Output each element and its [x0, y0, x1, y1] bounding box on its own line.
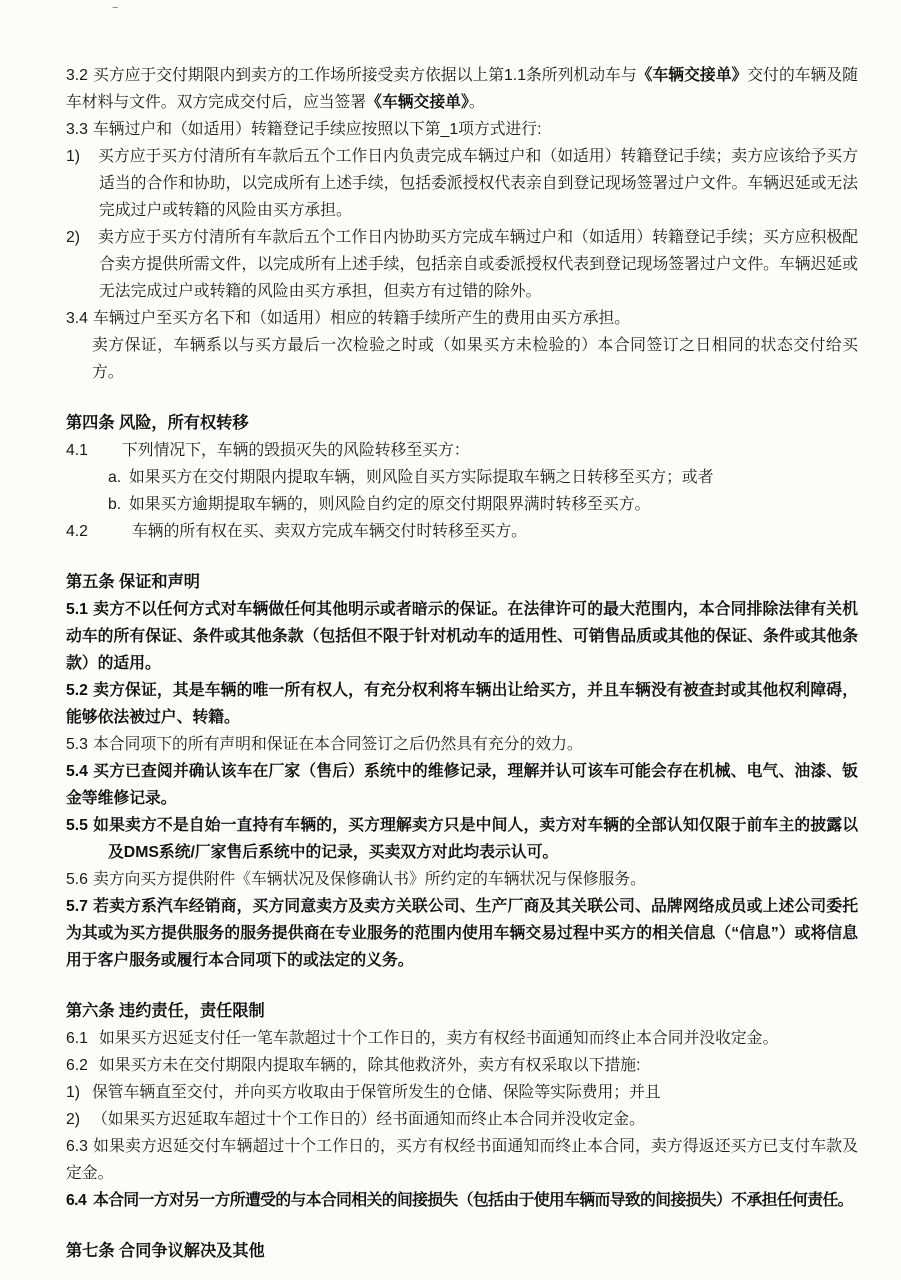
clause-text: 如果买方逾期提取车辆的，则风险自约定的原交付期限界满时转移至买方。 — [129, 496, 650, 513]
clause-text: 下列情况下，车辆的毁损灭失的风险转移至买方： — [122, 442, 470, 459]
clause-text: 《车辆交接单》 — [637, 67, 748, 84]
clause-number: 6.1 — [66, 1025, 99, 1052]
clause-number: 5.7 — [66, 893, 93, 920]
scan-artifact: ~ — [111, 2, 119, 15]
clause-number: 5.6 — [66, 866, 93, 893]
clause-4-2: 4.2车辆的所有权在买、卖双方完成车辆交付时转移至买方。 — [66, 518, 858, 545]
clause-text: 第四条 风险，所有权转移 — [66, 414, 249, 432]
clause-text: 第五条 保证和声明 — [66, 573, 200, 591]
clause-4-1-a: a.如果买方在交付期限内提取车辆，则风险自买方实际提取车辆之日转移至买方；或者 — [108, 464, 858, 491]
clause-text: 第七条 合同争议解决及其他 — [66, 1242, 265, 1260]
clause-text: 如果买方未在交付期限内提取车辆的，除其他救济外，卖方有权采取以下措施: — [99, 1057, 640, 1074]
clause-3-3: 3.3车辆过户和（如适用）转籍登记手续应按照以下第_1项方式进行: — [66, 116, 858, 143]
clause-text: 如果买方迟延支付任一笔车款超过十个工作日的，卖方有权经书面通知而终止本合同并没收… — [99, 1030, 778, 1047]
contract-page: ~ 3.2买方应于交付期限内到卖方的工作场所接受卖方依据以上第1.1条所列机动车… — [0, 0, 901, 1280]
clause-text: 《车辆交接单》 — [366, 94, 469, 111]
clause-6-3: 6.3如果卖方迟延交付车辆超过十个工作日的，买方有权经书面通知而终止本合同，卖方… — [66, 1133, 858, 1187]
clause-text: 买方应于买方付清所有车款后五个工作日内负责完成车辆过户和（如适用）转籍登记手续；… — [98, 148, 858, 219]
clause-5-4: 5.4买方已查阅并确认该车在厂家（售后）系统中的维修记录，理解并认可该车可能会存… — [66, 758, 858, 812]
clause-text: 如果卖方迟延交付车辆超过十个工作日的，买方有权经书面通知而终止本合同，卖方得返还… — [66, 1138, 858, 1182]
clause-text: 若卖方系汽车经销商，买方同意卖方及卖方关联公司、生产厂商及其关联公司、品牌网络成… — [66, 898, 858, 969]
clause-5-2: 5.2卖方保证，其是车辆的唯一所有权人，有充分权利将车辆出让给买方，并且车辆没有… — [66, 677, 858, 731]
clause-3-3-2: 2)卖方应于买方付清所有车款后五个工作日内协助买方完成车辆过户和（如适用）转籍登… — [66, 224, 858, 305]
clause-4-1: 4.1下列情况下，车辆的毁损灭失的风险转移至买方： — [66, 437, 858, 464]
section-heading-5: 第五条 保证和声明 — [66, 569, 858, 596]
clause-5-7: 5.7若卖方系汽车经销商，买方同意卖方及卖方关联公司、生产厂商及其关联公司、品牌… — [66, 893, 858, 974]
clause-text: 卖方保证，车辆系以与买方最后一次检验之时或（如果买方未检验的）本合同签订之日相同… — [92, 337, 858, 381]
clause-6-1: 6.1如果买方迟延支付任一笔车款超过十个工作日的，卖方有权经书面通知而终止本合同… — [66, 1025, 858, 1052]
clause-number: 6.3 — [66, 1133, 93, 1160]
clause-text: 车辆过户至买方名下和（如适用）相应的转籍手续所产生的费用由买方承担。 — [93, 310, 630, 327]
clause-3-3-1: 1)买方应于买方付清所有车款后五个工作日内负责完成车辆过户和（如适用）转籍登记手… — [66, 143, 858, 224]
clause-number: 6.2 — [66, 1052, 99, 1079]
section-heading-4: 第四条 风险，所有权转移 — [66, 410, 858, 437]
clause-text: 如果卖方不是自始一直持有车辆的，买方理解卖方只是中间人，卖方对车辆的全部认知仅限… — [93, 817, 858, 861]
clause-text: 本合同项下的所有声明和保证在本合同签订之后仍然具有充分的效力。 — [93, 736, 583, 753]
clause-number: a. — [108, 464, 129, 491]
clause-text: 卖方保证，其是车辆的唯一所有权人，有充分权利将车辆出让给买方，并且车辆没有被查封… — [66, 682, 858, 726]
clause-number: 5.3 — [66, 731, 93, 758]
clause-6-2-1: 1)保管车辆直至交付，并向买方收取由于保管所发生的仓储、保险等实际费用；并且 — [66, 1079, 858, 1106]
clause-number: 4.2 — [66, 518, 132, 545]
clause-5-5: 5.5如果卖方不是自始一直持有车辆的，买方理解卖方只是中间人，卖方对车辆的全部认… — [66, 812, 858, 866]
clause-5-3: 5.3本合同项下的所有声明和保证在本合同签订之后仍然具有充分的效力。 — [66, 731, 858, 758]
clause-5-1: 5.1卖方不以任何方式对车辆做任何其他明示或者暗示的保证。在法律许可的最大范围内… — [66, 596, 858, 677]
clause-6-2-2: 2)（如果买方迟延取车超过十个工作日的）经书面通知而终止本合同并没收定金。 — [66, 1106, 858, 1133]
clause-text: 买方应于交付期限内到卖方的工作场所接受卖方依据以上第1.1条所列机动车与 — [93, 67, 637, 84]
clause-3-4: 3.4车辆过户至买方名下和（如适用）相应的转籍手续所产生的费用由买方承担。 — [66, 305, 858, 332]
section-heading-6: 第六条 违约责任，责任限制 — [66, 998, 858, 1025]
clause-number: 5.1 — [66, 596, 93, 623]
clause-text: 卖方不以任何方式对车辆做任何其他明示或者暗示的保证。在法律许可的最大范围内，本合… — [66, 601, 858, 672]
clause-6-4: 6.4本合同一方对另一方所遭受的与本合同相关的间接损失（包括由于使用车辆而导致的… — [66, 1187, 858, 1214]
clause-number: b. — [108, 491, 129, 518]
clause-text: 车辆过户和（如适用）转籍登记手续应按照以下第_1项方式进行: — [93, 121, 541, 138]
clause-number: 4.1 — [66, 437, 122, 464]
clause-text: 本合同一方对另一方所遭受的与本合同相关的间接损失（包括由于使用车辆而导致的间接损… — [93, 1192, 853, 1209]
clause-text: 第六条 违约责任，责任限制 — [66, 1002, 265, 1020]
clause-3-4-note: 卖方保证，车辆系以与买方最后一次检验之时或（如果买方未检验的）本合同签订之日相同… — [66, 332, 858, 386]
clause-number: 1) — [66, 1079, 92, 1106]
clause-number: 2) — [66, 1106, 92, 1133]
clause-number: 5.2 — [66, 677, 93, 704]
clause-number: 6.4 — [66, 1187, 93, 1214]
clause-number: 3.4 — [66, 305, 93, 332]
clause-5-6: 5.6卖方向买方提供附件《车辆状况及保修确认书》所约定的车辆状况与保修服务。 — [66, 866, 858, 893]
clause-6-2: 6.2如果买方未在交付期限内提取车辆的，除其他救济外，卖方有权采取以下措施: — [66, 1052, 858, 1079]
clause-number: 2) — [66, 224, 98, 251]
clause-text: 买方已查阅并确认该车在厂家（售后）系统中的维修记录，理解并认可该车可能会存在机械… — [66, 763, 858, 807]
clause-text: 。 — [469, 94, 485, 111]
clause-text: 如果买方在交付期限内提取车辆，则风险自买方实际提取车辆之日转移至买方；或者 — [129, 469, 714, 486]
clause-text: 卖方应于买方付清所有车款后五个工作日内协助买方完成车辆过户和（如适用）转籍登记手… — [98, 229, 858, 300]
clause-text: 保管车辆直至交付，并向买方收取由于保管所发生的仓储、保险等实际费用；并且 — [92, 1084, 661, 1101]
clause-number: 1) — [66, 143, 98, 170]
clause-number: 3.2 — [66, 62, 93, 89]
clause-text: 卖方向买方提供附件《车辆状况及保修确认书》所约定的车辆状况与保修服务。 — [93, 871, 646, 888]
clause-number: 3.3 — [66, 116, 93, 143]
clause-number: 5.5 — [66, 812, 93, 839]
clause-4-1-b: b.如果买方逾期提取车辆的，则风险自约定的原交付期限界满时转移至买方。 — [108, 491, 858, 518]
clause-3-2: 3.2买方应于交付期限内到卖方的工作场所接受卖方依据以上第1.1条所列机动车与《… — [66, 62, 858, 116]
contract-body: 3.2买方应于交付期限内到卖方的工作场所接受卖方依据以上第1.1条所列机动车与《… — [66, 62, 858, 1265]
clause-text: （如果买方迟延取车超过十个工作日的）经书面通知而终止本合同并没收定金。 — [92, 1111, 645, 1128]
clause-number: 5.4 — [66, 758, 93, 785]
section-heading-7: 第七条 合同争议解决及其他 — [66, 1238, 858, 1265]
clause-text: 车辆的所有权在买、卖双方完成车辆交付时转移至买方。 — [132, 523, 527, 540]
